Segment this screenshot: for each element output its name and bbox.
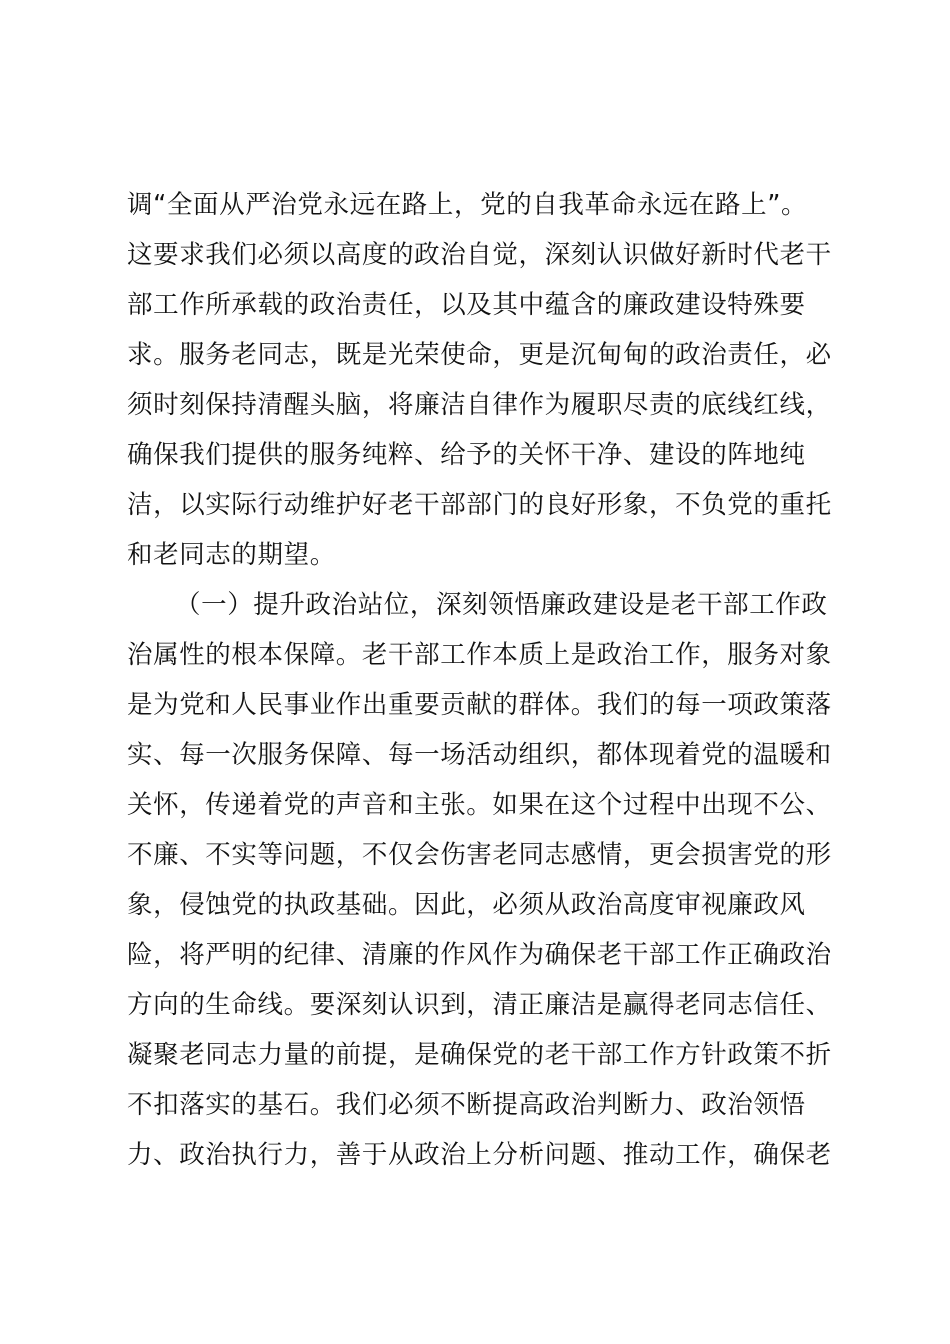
paragraph-section-1: （一）提升政治站位，深刻领悟廉政建设是老干部工作政 治属性的根本保障。老干部工作… [127,583,837,1183]
text-line: 部工作所承载的政治责任，以及其中蕴含的廉政建设特殊要 [127,283,837,333]
text-line: 是为党和人民事业作出重要贡献的群体。我们的每一项政策落 [127,683,837,733]
paragraph-intro-continuation: 调“全面从严治党永远在路上，党的自我革命永远在路上”。 这要求我们必须以高度的政… [127,183,837,583]
text-line: 治属性的根本保障。老干部工作本质上是政治工作，服务对象 [127,633,837,683]
text-line: 力、政治执行力，善于从政治上分析问题、推动工作，确保老 [127,1133,837,1183]
text-line: 须时刻保持清醒头脑，将廉洁自律作为履职尽责的底线红线， [127,383,837,433]
text-line: 不廉、不实等问题，不仅会伤害老同志感情，更会损害党的形 [127,833,837,883]
text-line: 凝聚老同志力量的前提，是确保党的老干部工作方针政策不折 [127,1033,837,1083]
text-line: 关怀，传递着党的声音和主张。如果在这个过程中出现不公、 [127,783,837,833]
text-line: 象，侵蚀党的执政基础。因此，必须从政治高度审视廉政风 [127,883,837,933]
text-line: 确保我们提供的服务纯粹、给予的关怀干净、建设的阵地纯 [127,433,837,483]
text-line: 不扣落实的基石。我们必须不断提高政治判断力、政治领悟 [127,1083,837,1133]
document-body: 调“全面从严治党永远在路上，党的自我革命永远在路上”。 这要求我们必须以高度的政… [127,183,837,1183]
text-line: 险，将严明的纪律、清廉的作风作为确保老干部工作正确政治 [127,933,837,983]
text-line: 洁，以实际行动维护好老干部部门的良好形象，不负党的重托 [127,483,837,533]
document-page: 调“全面从严治党永远在路上，党的自我革命永远在路上”。 这要求我们必须以高度的政… [0,0,950,1344]
text-line: 和老同志的期望。 [127,533,837,583]
section-heading-line: （一）提升政治站位，深刻领悟廉政建设是老干部工作政 [127,583,837,633]
text-line: 这要求我们必须以高度的政治自觉，深刻认识做好新时代老干 [127,233,837,283]
text-line: 求。服务老同志，既是光荣使命，更是沉甸甸的政治责任，必 [127,333,837,383]
text-line: 方向的生命线。要深刻认识到，清正廉洁是赢得老同志信任、 [127,983,837,1033]
text-line: 调“全面从严治党永远在路上，党的自我革命永远在路上”。 [127,183,837,233]
text-line: 实、每一次服务保障、每一场活动组织，都体现着党的温暖和 [127,733,837,783]
